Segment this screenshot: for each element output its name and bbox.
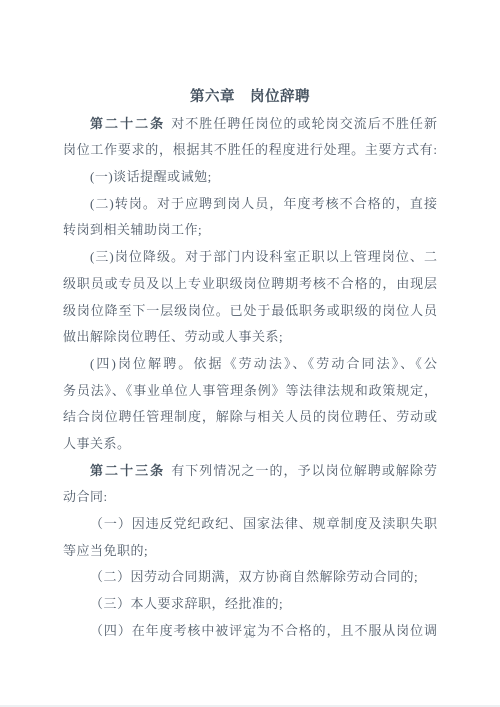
document-line: (一)谈话提醒或诫勉; <box>63 164 437 191</box>
page-number: 10 <box>0 630 500 640</box>
document-line: (二)转岗。对于应聘到岗人员，年度考核不合格的，直接 <box>63 191 437 218</box>
document-line: 结合岗位聘任管理制度，解除与相关人员的岗位聘任、劳动或 <box>63 404 437 431</box>
document-line: (四)岗位解聘。依据《劳动法》、《劳动合同法》、《公 <box>63 351 437 378</box>
document-line: 岗位工作要求的，根据其不胜任的程度进行处理。主要方式有: <box>63 137 437 164</box>
document-line: （一）因违反党纪政纪、国家法律、规章制度及渎职失职 <box>63 511 437 538</box>
document-body: 第二十二条对不胜任聘任岗位的或轮岗交流后不胜任新岗位工作要求的，根据其不胜任的程… <box>63 111 437 645</box>
document-line: 级岗位降至下一层级岗位。已处于最低职务或职级的岗位人员 <box>63 298 437 325</box>
document-line: 转岗到相关辅助岗工作; <box>63 217 437 244</box>
document-line: 第二十二条对不胜任聘任岗位的或轮岗交流后不胜任新 <box>63 111 437 138</box>
document-page: 第六章 岗位辞聘 第二十二条对不胜任聘任岗位的或轮岗交流后不胜任新岗位工作要求的… <box>0 0 500 707</box>
document-line: 动合同: <box>63 484 437 511</box>
document-line: （二）因劳动合同期满，双方协商自然解除劳动合同的; <box>63 564 437 591</box>
document-line: 第二十三条有下列情况之一的，予以岗位解聘或解除劳 <box>63 458 437 485</box>
chapter-title: 第六章 岗位辞聘 <box>63 84 437 111</box>
document-line: （三）本人要求辞职，经批准的; <box>63 591 437 618</box>
document-line: 等应当免职的; <box>63 538 437 565</box>
document-content: 第六章 岗位辞聘 第二十二条对不胜任聘任岗位的或轮岗交流后不胜任新岗位工作要求的… <box>63 84 437 644</box>
document-line: 做出解除岗位聘任、劳动或人事关系; <box>63 324 437 351</box>
article-number: 第二十三条 <box>90 463 165 478</box>
document-line: 级职员或专员及以上专业职级岗位聘期考核不合格的，由现层 <box>63 271 437 298</box>
document-line: 人事关系。 <box>63 431 437 458</box>
document-line: (三)岗位降级。对于部门内设科室正职以上管理岗位、二 <box>63 244 437 271</box>
article-number: 第二十二条 <box>90 116 165 131</box>
document-line: 务员法》、《事业单位人事管理条例》等法律法规和政策规定， <box>63 378 437 405</box>
